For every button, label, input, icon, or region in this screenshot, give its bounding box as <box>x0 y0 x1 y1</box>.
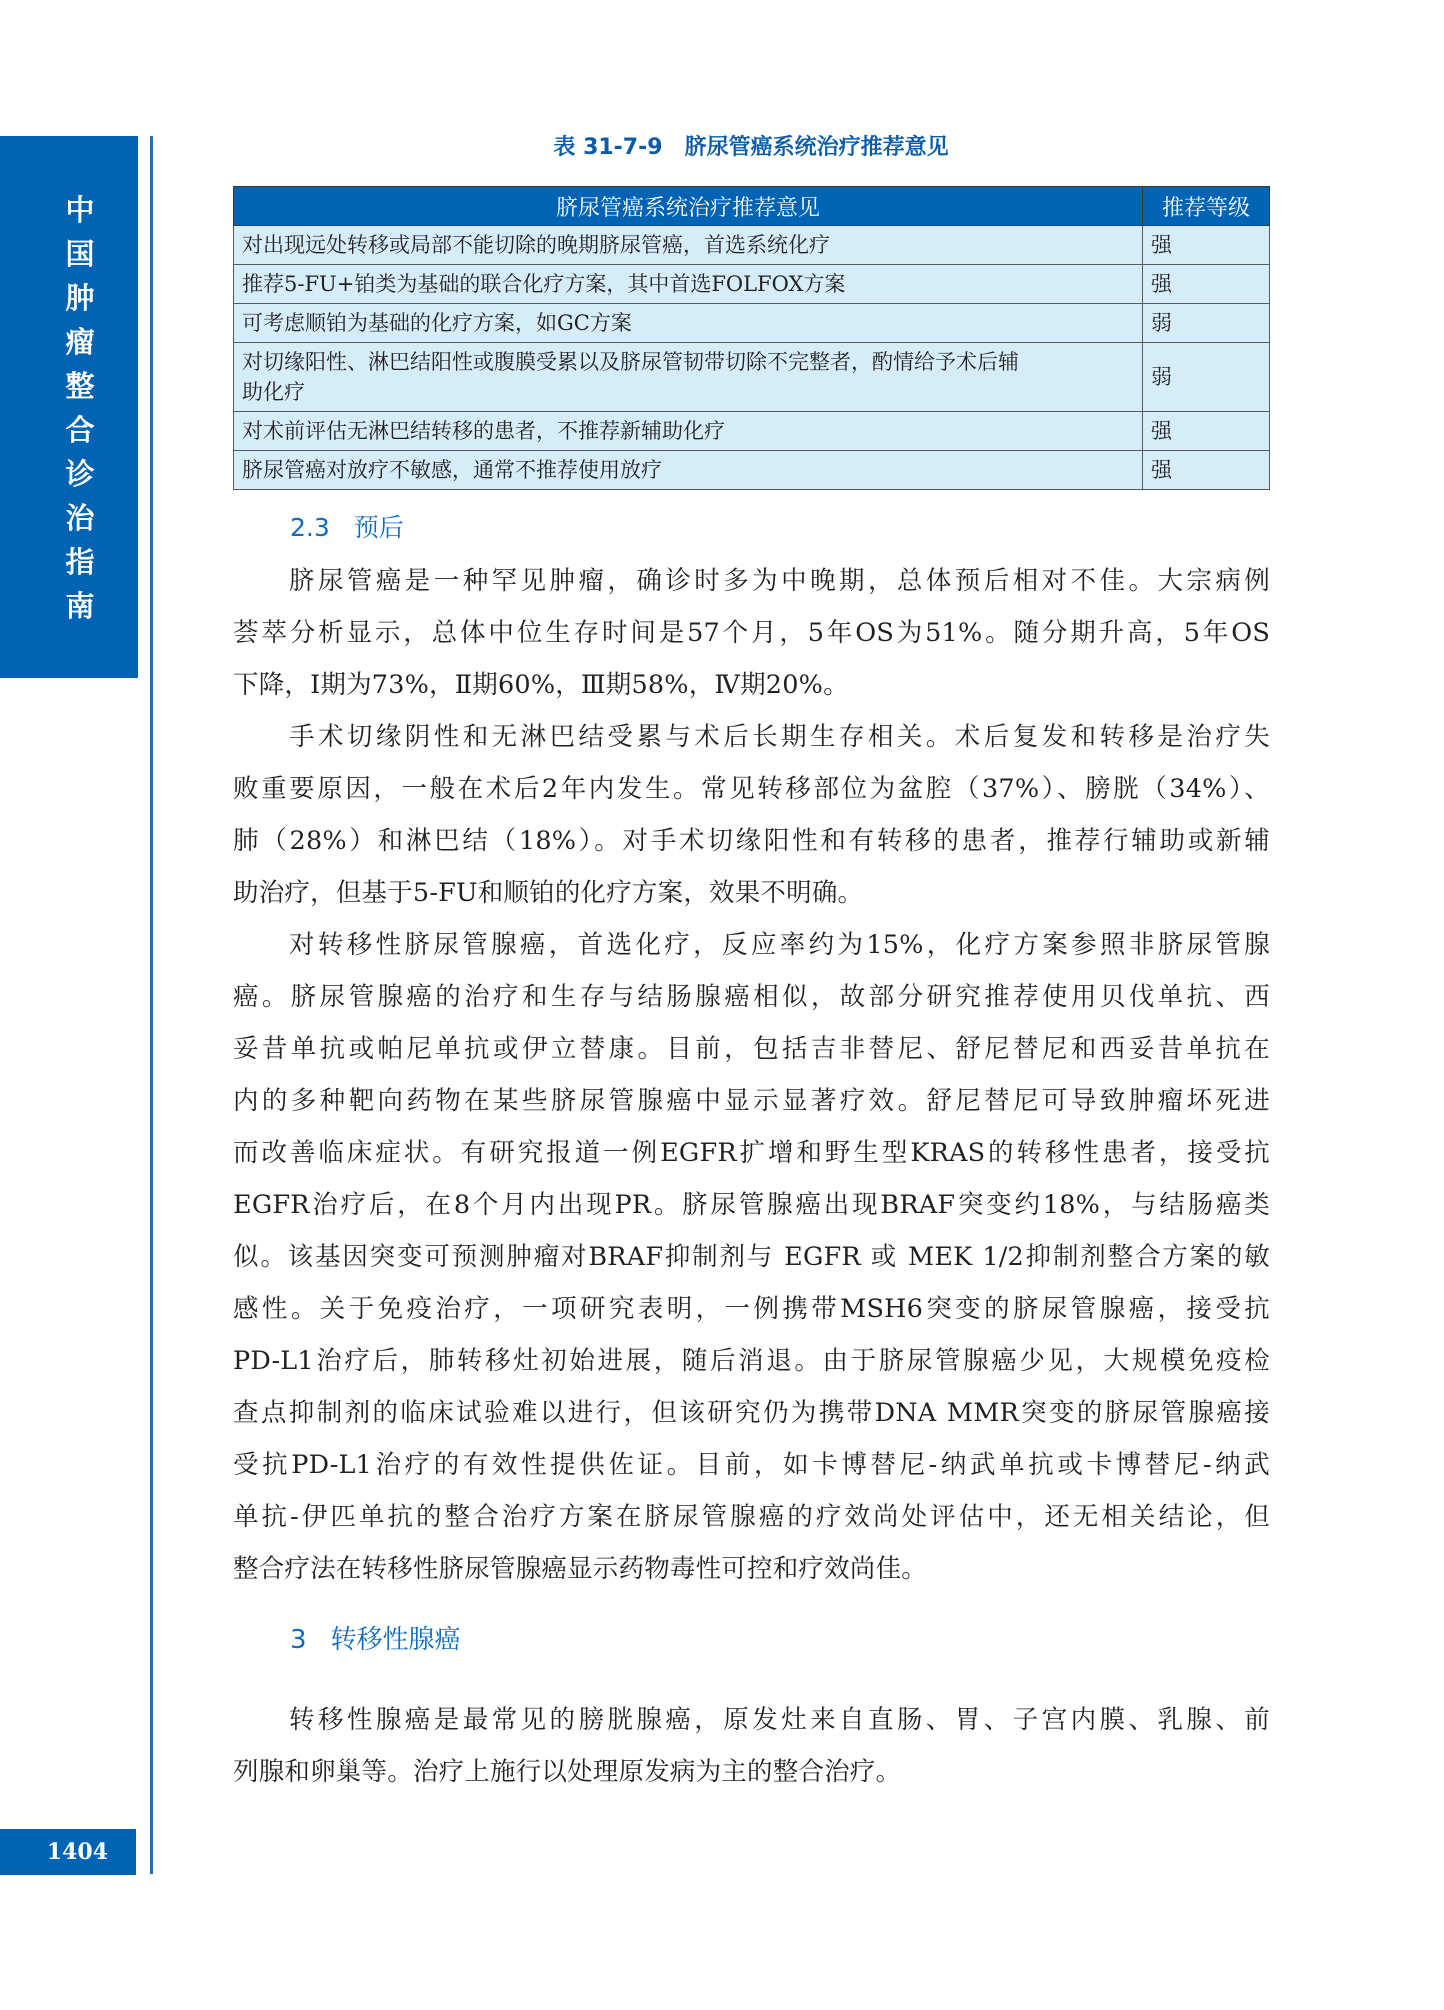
book-title-char: 整 <box>65 364 94 408</box>
recommendation-cell: 可考虑顺铂为基础的化疗方案，如GC方案 <box>234 304 1143 343</box>
section-heading-3: 3转移性腺癌 <box>290 1624 461 1656</box>
level-cell: 强 <box>1143 412 1270 451</box>
text-line: 而改善临床症状。有研究报道一例EGFR扩增和野生型KRAS的转移性患者，接受抗 <box>233 1127 1270 1179</box>
level-cell: 强 <box>1143 265 1270 304</box>
recommendation-cell: 脐尿管癌对放疗不敏感，通常不推荐使用放疗 <box>234 451 1143 490</box>
level-cell: 强 <box>1143 451 1270 490</box>
book-title-char: 国 <box>65 232 94 276</box>
column-header-recommendation: 脐尿管癌系统治疗推荐意见 <box>234 187 1143 226</box>
section-number: 2.3 <box>290 513 330 542</box>
text-line: PD-L1治疗后，肺转移灶初始进展，随后消退。由于脐尿管腺癌少见，大规模免疫检 <box>233 1335 1270 1387</box>
text-line: 妥昔单抗或帕尼单抗或伊立替康。目前，包括吉非替尼、舒尼替尼和西妥昔单抗在 <box>233 1023 1270 1075</box>
paragraph: 手术切缘阴性和无淋巴结受累与术后长期生存相关。术后复发和转移是治疗失 败重要原因… <box>233 711 1270 919</box>
section-heading-2-3: 2.3预后 <box>290 512 404 544</box>
paragraph: 对转移性脐尿管腺癌，首选化疗，反应率约为15%，化疗方案参照非脐尿管腺 癌。脐尿… <box>233 919 1270 1595</box>
book-title-char: 南 <box>65 584 94 628</box>
text-line: 列腺和卵巢等。治疗上施行以处理原发病为主的整合治疗。 <box>233 1746 1270 1798</box>
recommendation-table: 脐尿管癌系统治疗推荐意见 推荐等级 对出现远处转移或局部不能切除的晚期脐尿管癌，… <box>233 186 1270 490</box>
book-title-char: 肿 <box>65 276 94 320</box>
section-title: 预后 <box>354 513 404 542</box>
book-title-char: 中 <box>65 188 94 232</box>
text-line: 感性。关于免疫治疗，一项研究表明，一例携带MSH6突变的脐尿管腺癌，接受抗 <box>233 1283 1270 1335</box>
text-line: 查点抑制剂的临床试验难以进行，但该研究仍为携带DNA MMR突变的脐尿管腺癌接 <box>233 1387 1270 1439</box>
level-cell: 弱 <box>1143 343 1270 412</box>
table-row: 脐尿管癌对放疗不敏感，通常不推荐使用放疗 强 <box>234 451 1270 490</box>
text-line: 受抗PD-L1治疗的有效性提供佐证。目前，如卡博替尼-纳武单抗或卡博替尼-纳武 <box>233 1439 1270 1491</box>
text-line: 对转移性脐尿管腺癌，首选化疗，反应率约为15%，化疗方案参照非脐尿管腺 <box>233 919 1270 971</box>
book-title-char: 治 <box>65 496 94 540</box>
table-title: 脐尿管癌系统治疗推荐意见 <box>685 135 949 160</box>
text-line: 荟萃分析显示，总体中位生存时间是57个月，5年OS为51%。随分期升高，5年OS <box>233 607 1270 659</box>
table-row: 可考虑顺铂为基础的化疗方案，如GC方案 弱 <box>234 304 1270 343</box>
section-number: 3 <box>290 1625 307 1655</box>
table-row: 对切缘阳性、淋巴结阳性或腹膜受累以及脐尿管韧带切除不完整者，酌情给予术后辅 助化… <box>234 343 1270 412</box>
table-row: 对术前评估无淋巴结转移的患者，不推荐新辅助化疗 强 <box>234 412 1270 451</box>
recommendation-line: 助化疗 <box>242 377 1134 407</box>
text-line: 单抗-伊匹单抗的整合治疗方案在脐尿管腺癌的疗效尚处评估中，还无相关结论，但 <box>233 1491 1270 1543</box>
recommendation-cell: 对出现远处转移或局部不能切除的晚期脐尿管癌，首选系统化疗 <box>234 226 1143 265</box>
table-caption: 表 31-7-9脐尿管癌系统治疗推荐意见 <box>233 130 1269 166</box>
recommendation-cell: 推荐5-FU+铂类为基础的联合化疗方案，其中首选FOLFOX方案 <box>234 265 1143 304</box>
recommendation-cell: 对切缘阳性、淋巴结阳性或腹膜受累以及脐尿管韧带切除不完整者，酌情给予术后辅 助化… <box>234 343 1143 412</box>
page-number: 1404 <box>0 1829 136 1875</box>
book-title-vertical: 中 国 肿 瘤 整 合 诊 治 指 南 <box>60 188 100 628</box>
level-cell: 弱 <box>1143 304 1270 343</box>
text-line: 助治疗，但基于5-FU和顺铂的化疗方案，效果不明确。 <box>233 867 1270 919</box>
book-title-char: 指 <box>65 540 94 584</box>
level-cell: 强 <box>1143 226 1270 265</box>
table-row: 推荐5-FU+铂类为基础的联合化疗方案，其中首选FOLFOX方案 强 <box>234 265 1270 304</box>
text-line: 手术切缘阴性和无淋巴结受累与术后长期生存相关。术后复发和转移是治疗失 <box>233 711 1270 763</box>
paragraph: 转移性腺癌是最常见的膀胱腺癌，原发灶来自直肠、胃、子宫内膜、乳腺、前 列腺和卵巢… <box>233 1694 1270 1798</box>
text-line: 肺（28%）和淋巴结（18%）。对手术切缘阳性和有转移的患者，推荐行辅助或新辅 <box>233 815 1270 867</box>
recommendation-cell: 对术前评估无淋巴结转移的患者，不推荐新辅助化疗 <box>234 412 1143 451</box>
table-row: 对出现远处转移或局部不能切除的晚期脐尿管癌，首选系统化疗 强 <box>234 226 1270 265</box>
table-number: 表 31-7-9 <box>553 135 662 160</box>
text-line: 脐尿管癌是一种罕见肿瘤，确诊时多为中晚期，总体预后相对不佳。大宗病例 <box>233 555 1270 607</box>
text-line: 内的多种靶向药物在某些脐尿管腺癌中显示显著疗效。舒尼替尼可导致肿瘤坏死进 <box>233 1075 1270 1127</box>
text-line: 整合疗法在转移性脐尿管腺癌显示药物毒性可控和疗效尚佳。 <box>233 1543 1270 1595</box>
text-line: 下降，Ⅰ期为73%，Ⅱ期60%，Ⅲ期58%，Ⅳ期20%。 <box>233 659 1270 711</box>
recommendation-line: 对切缘阳性、淋巴结阳性或腹膜受累以及脐尿管韧带切除不完整者，酌情给予术后辅 <box>242 347 1134 377</box>
text-line: 癌。脐尿管腺癌的治疗和生存与结肠腺癌相似，故部分研究推荐使用贝伐单抗、西 <box>233 971 1270 1023</box>
column-header-level: 推荐等级 <box>1143 187 1270 226</box>
book-title-char: 合 <box>65 408 94 452</box>
book-title-tab: 中 国 肿 瘤 整 合 诊 治 指 南 <box>0 136 138 678</box>
text-line: EGFR治疗后，在8个月内出现PR。脐尿管腺癌出现BRAF突变约18%，与结肠癌… <box>233 1179 1270 1231</box>
text-line: 败重要原因，一般在术后2年内发生。常见转移部位为盆腔（37%）、膀胱（34%）、 <box>233 763 1270 815</box>
margin-rule <box>150 136 153 1874</box>
section-title: 转移性腺癌 <box>331 1625 461 1655</box>
paragraph: 脐尿管癌是一种罕见肿瘤，确诊时多为中晚期，总体预后相对不佳。大宗病例 荟萃分析显… <box>233 555 1270 711</box>
book-title-char: 诊 <box>65 452 94 496</box>
text-line: 转移性腺癌是最常见的膀胱腺癌，原发灶来自直肠、胃、子宫内膜、乳腺、前 <box>233 1694 1270 1746</box>
table-header-row: 脐尿管癌系统治疗推荐意见 推荐等级 <box>234 187 1270 226</box>
text-line: 似。该基因突变可预测肿瘤对BRAF抑制剂与 EGFR 或 MEK 1/2抑制剂整… <box>233 1231 1270 1283</box>
book-title-char: 瘤 <box>65 320 94 364</box>
